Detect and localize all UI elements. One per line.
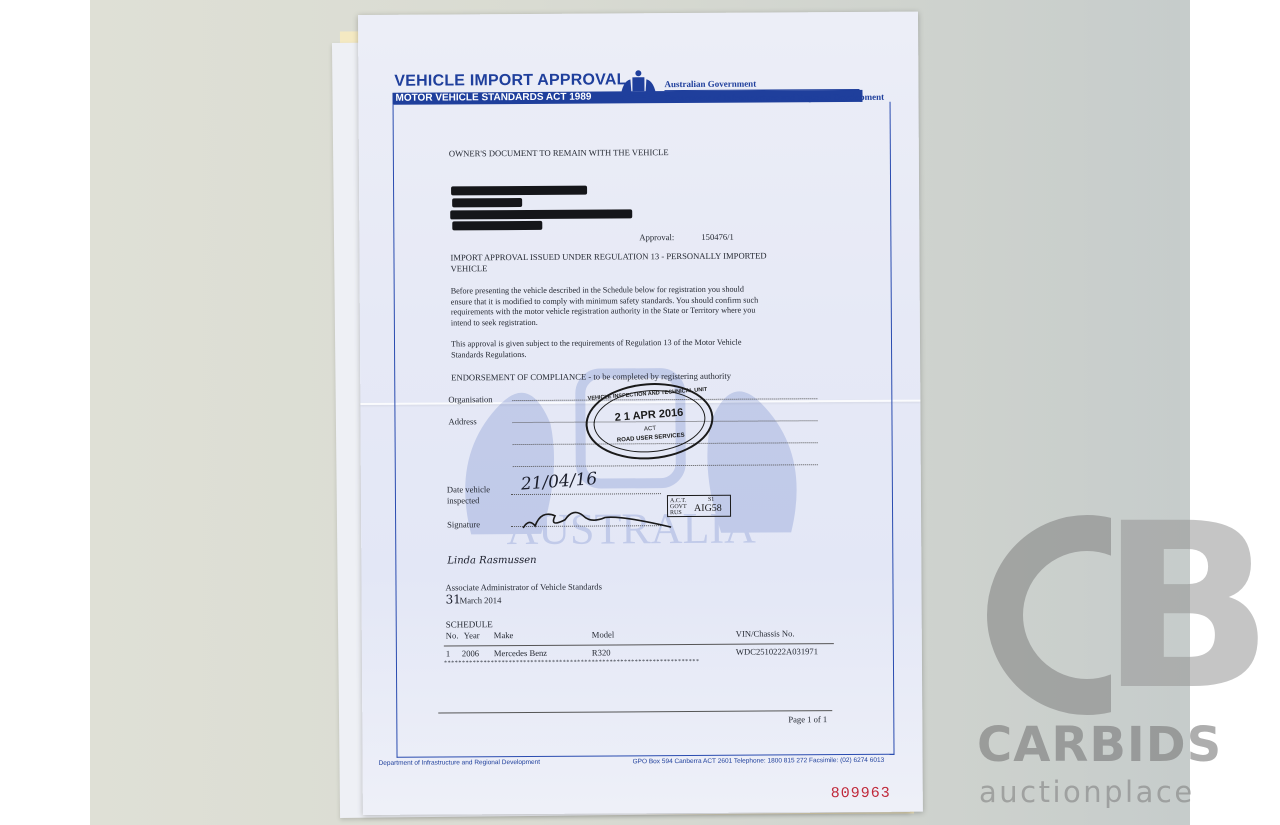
schedule-heading: SCHEDULE — [446, 619, 493, 630]
logo-brand-name: CARBIDS — [977, 717, 1222, 773]
date-label-line-1: Date vehicle — [447, 484, 490, 495]
schedule-col-no: No. — [446, 630, 459, 641]
carbids-watermark-logo: B CARBIDS auctionplace — [965, 505, 1265, 815]
logo-b-letter: B — [1100, 507, 1274, 707]
schedule-col-year: Year — [464, 630, 480, 641]
schedule-col-vin: VIN/Chassis No. — [736, 628, 795, 639]
document-title: VEHICLE IMPORT APPROVAL — [394, 71, 626, 90]
official-box-stamp: A.C.T. GOVT RUS S1 AIG58 — [667, 495, 731, 517]
schedule-col-make: Make — [494, 630, 514, 641]
schedule-cell-no: 1 — [446, 648, 450, 659]
footer-department: Department of Infrastructure and Regiona… — [379, 759, 541, 767]
regulation-heading-line-2: VEHICLE — [451, 261, 767, 273]
paragraph-line: Standards Regulations. — [451, 348, 742, 360]
paragraph-line: intend to seek registration. — [451, 316, 759, 328]
endorsement-heading: ENDORSEMENT OF COMPLIANCE - to be comple… — [451, 371, 731, 383]
logo-tagline: auctionplace — [979, 775, 1195, 809]
box-stamp-code: AIG58 — [694, 504, 722, 514]
administrator-title: Associate Administrator of Vehicle Stand… — [445, 582, 601, 593]
owner-notice: OWNER'S DOCUMENT TO REMAIN WITH THE VEHI… — [449, 147, 669, 159]
address-label: Address — [448, 416, 476, 427]
redacted-owner-name — [451, 186, 587, 196]
date-label-line-2: inspected — [447, 495, 490, 506]
government-name: Australian Government — [664, 78, 859, 91]
redacted-street — [452, 198, 522, 207]
schedule-terminator: ****************************************… — [444, 657, 700, 669]
serial-number: 809963 — [831, 785, 891, 802]
regulation-heading-line-1: IMPORT APPROVAL ISSUED UNDER REGULATION … — [450, 251, 766, 263]
conditions-paragraph: This approval is given subject to the re… — [451, 338, 742, 361]
schedule-col-model: Model — [592, 629, 615, 640]
schedule-cell-vin: WDC2510222A031971 — [736, 646, 818, 657]
footer-contact: GPO Box 594 Canberra ACT 2601 Telephone:… — [633, 757, 885, 766]
redacted-city — [450, 209, 632, 219]
administrator-signature: Linda Rasmussen — [447, 555, 536, 567]
instructions-paragraph: Before presenting the vehicle described … — [451, 285, 759, 329]
government-branding: Australian Government Department of Infr… — [664, 78, 884, 103]
schedule-cell-year: 2006 — [462, 648, 479, 659]
regulation-heading: IMPORT APPROVAL ISSUED UNDER REGULATION … — [450, 251, 766, 274]
vehicle-import-approval-document: AUSTRALIA VEHICLE IMPORT APPROVAL MOTOR … — [358, 12, 923, 815]
box-stamp-line-3: RUS — [670, 510, 682, 516]
redacted-country — [452, 221, 542, 231]
signature-label: Signature — [447, 519, 480, 530]
date-inspected-label: Date vehicle inspected — [447, 484, 490, 505]
organisation-label: Organisation — [448, 394, 492, 405]
page-number: Page 1 of 1 — [788, 714, 827, 725]
paragraph-line: requirements with the motor vehicle regi… — [451, 306, 759, 318]
issue-date: March 2014 — [460, 595, 502, 606]
paragraph-line: This approval is given subject to the re… — [451, 338, 742, 350]
approval-label: Approval: — [639, 232, 674, 243]
approval-number: 150476/1 — [701, 232, 734, 243]
inspector-signature-icon — [521, 501, 681, 532]
australian-coat-of-arms-icon — [616, 69, 660, 103]
